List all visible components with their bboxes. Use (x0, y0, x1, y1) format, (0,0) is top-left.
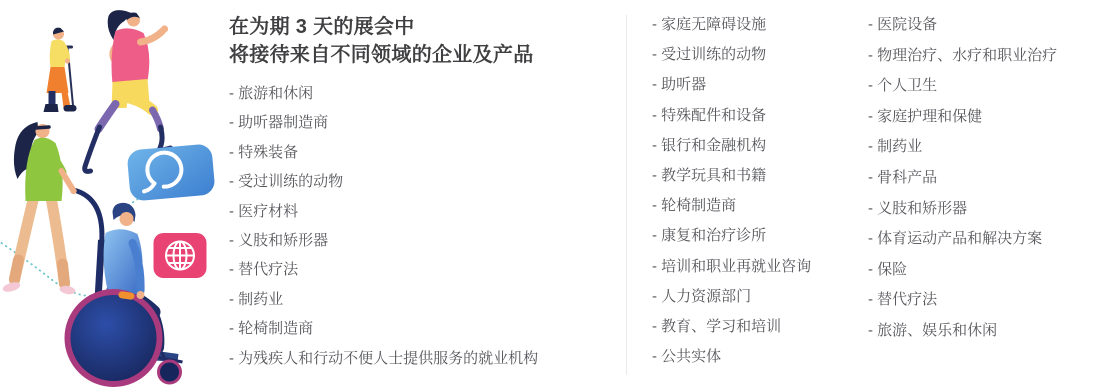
list-item: - 义肢和矫形器 (868, 194, 1100, 225)
list-item: - 受过训练的动物 (652, 40, 847, 70)
exhibition-sectors-section: 在为期 3 天的展会中 将接待来自不同领域的企业及产品 - 旅游和休闲- 助听器… (0, 0, 1100, 391)
list-item: - 医院设备 (868, 10, 1100, 41)
sectors-column-2: - 家庭无障碍设施- 受过训练的动物- 助听器- 特殊配件和设备- 银行和金融机… (652, 10, 847, 372)
globe-icon (154, 233, 207, 278)
list-item: - 公共实体 (652, 342, 847, 372)
heading-line-1: 在为期 3 天的展会中 (229, 16, 415, 38)
list-item: - 助听器制造商 (229, 108, 629, 137)
list-item: - 教学玩具和书籍 (652, 161, 847, 191)
list-item: - 为残疾人和行动不便人士提供服务的就业机构 (229, 344, 629, 373)
sectors-column-1: 在为期 3 天的展会中 将接待来自不同领域的企业及产品 - 旅游和休闲- 助听器… (229, 13, 629, 373)
list-item: - 康复和治疗诊所 (652, 221, 847, 251)
list-item: - 培训和职业再就业咨询 (652, 252, 847, 282)
speech-bubble-icon (126, 143, 215, 201)
man-with-crutch-figure (44, 28, 77, 112)
list-item: - 旅游和休闲 (229, 79, 629, 108)
sector-list-1: - 旅游和休闲- 助听器制造商- 特殊装备- 受过训练的动物- 医疗材料- 义肢… (229, 79, 629, 373)
illustration-svg (0, 0, 228, 391)
list-item: - 教育、学习和培训 (652, 312, 847, 342)
list-item: - 家庭护理和保健 (868, 102, 1100, 133)
list-item: - 个人卫生 (868, 71, 1100, 102)
list-item: - 银行和金融机构 (652, 131, 847, 161)
list-item: - 保险 (868, 255, 1100, 286)
list-item: - 替代疗法 (229, 255, 629, 284)
list-item: - 制药业 (229, 285, 629, 314)
list-item: - 医疗材料 (229, 197, 629, 226)
column-divider (626, 15, 627, 375)
list-item: - 物理治疗、水疗和职业治疗 (868, 41, 1100, 72)
list-item: - 家庭无障碍设施 (652, 10, 847, 40)
list-item: - 义肢和矫形器 (229, 226, 629, 255)
heading-line-2: 将接待来自不同领域的企业及产品 (229, 44, 534, 66)
woman-pushing-wheelchair-figure (2, 122, 77, 295)
sector-list-2: - 家庭无障碍设施- 受过训练的动物- 助听器- 特殊配件和设备- 银行和金融机… (652, 10, 847, 372)
list-item: - 受过训练的动物 (229, 167, 629, 196)
list-item: - 制药业 (868, 132, 1100, 163)
disability-inclusion-illustration (0, 0, 228, 391)
list-item: - 骨科产品 (868, 163, 1100, 194)
list-item: - 旅游、娱乐和休闲 (868, 316, 1100, 347)
section-heading: 在为期 3 天的展会中 将接待来自不同领域的企业及产品 (229, 13, 629, 69)
list-item: - 轮椅制造商 (229, 314, 629, 343)
list-item: - 替代疗法 (868, 285, 1100, 316)
list-item: - 助听器 (652, 70, 847, 100)
list-item: - 轮椅制造商 (652, 191, 847, 221)
list-item: - 特殊装备 (229, 138, 629, 167)
list-item: - 体育运动产品和解决方案 (868, 224, 1100, 255)
sectors-column-3: - 医院设备- 物理治疗、水疗和职业治疗- 个人卫生- 家庭护理和保健- 制药业… (868, 10, 1100, 347)
runner-with-prosthetic-blades-figure (85, 10, 171, 171)
list-item: - 特殊配件和设备 (652, 101, 847, 131)
sector-list-3: - 医院设备- 物理治疗、水疗和职业治疗- 个人卫生- 家庭护理和保健- 制药业… (868, 10, 1100, 347)
man-in-wheelchair-figure (68, 190, 183, 384)
list-item: - 人力资源部门 (652, 282, 847, 312)
